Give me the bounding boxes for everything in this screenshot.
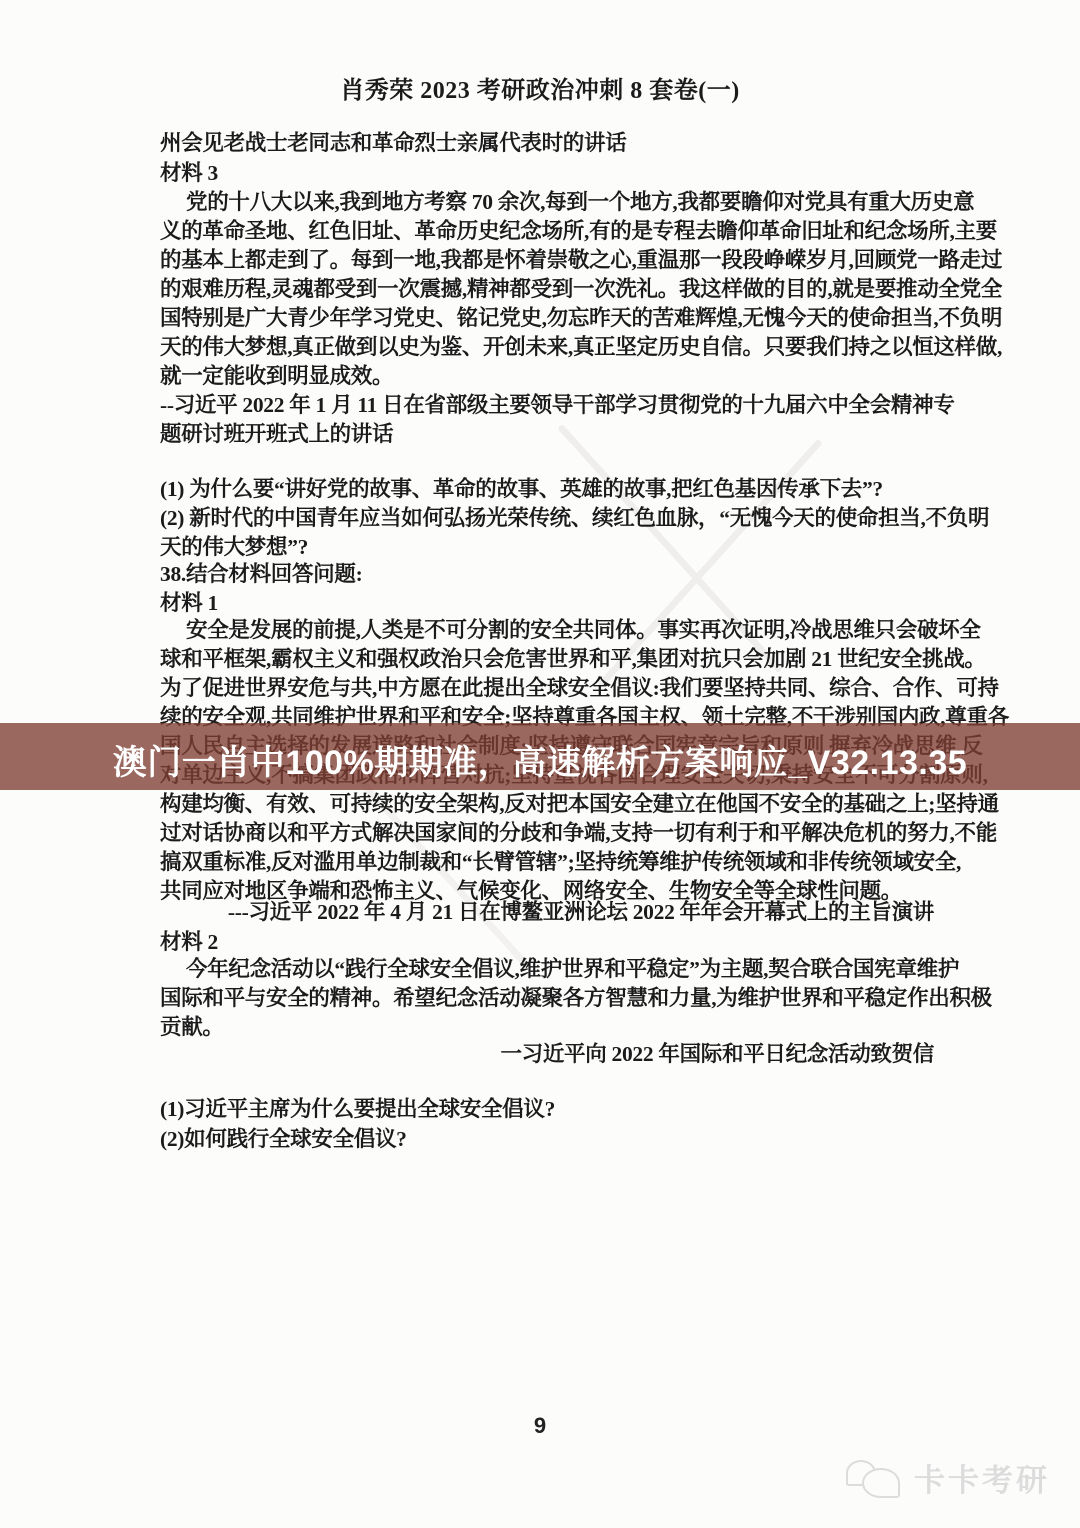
material-1-source: ---习近平 2022 年 4 月 21 日在博鳌亚洲论坛 2022 年年会开幕…: [160, 898, 934, 927]
question-38-heading: 38.结合材料回答问题:: [160, 560, 934, 589]
overlay-ad-text: 澳门一肖中100%期期准，高速解析方案响应_V32.13.35: [113, 730, 967, 784]
question-37-2-line: (2) 新时代的中国青年应当如何弘扬光荣传统、续红色血脉，“无愧今天的使命担当,…: [160, 504, 934, 533]
material-3-text-line: 党的十八大以来,我到地方考察 70 余次,每到一个地方,我都要瞻仰对党具有重大历…: [160, 188, 934, 217]
material-1-text-line: 搞双重标准,反对滥用单边制裁和“长臂管辖”;坚持统筹维护传统领域和非传统领域安全…: [160, 848, 934, 877]
material-1-text-line: 过对话协商以和平方式解决国家间的分歧和争端,支持一切有利于和平解决危机的努力,不…: [160, 819, 934, 848]
question-37-2-line: 天的伟大梦想”?: [160, 533, 934, 562]
chat-bubbles-logo-icon: [846, 1456, 902, 1500]
material-1-text-line: 构建均衡、有效、可持续的安全架构,反对把本国安全建立在他国不安全的基础之上;坚持…: [160, 790, 934, 819]
material-1-text-line: 为了促进世界安危与共,中方愿在此提出全球安全倡议:我们要坚持共同、综合、合作、可…: [160, 674, 934, 703]
question-37-1: (1) 为什么要“讲好党的故事、革命的故事、英雄的故事,把红色基因传承下去”?: [160, 475, 934, 504]
intro-line: 州会见老战士老同志和革命烈士亲属代表时的讲话: [160, 129, 934, 158]
material-3-text-line: 就一定能收到明显成效。: [160, 362, 934, 391]
question-38-2: (2)如何践行全球安全倡议?: [160, 1125, 934, 1154]
material-3-source-line: --习近平 2022 年 1 月 11 日在省部级主要领导干部学习贯彻党的十九届…: [160, 391, 934, 420]
material-3-text-line: 的基本上都走到了。每到一地,我都是怀着崇敬之心,重温那一段段峥嵘岁月,回顾党一路…: [160, 246, 934, 275]
material-1-text-line: 安全是发展的前提,人类是不可分割的安全共同体。事实再次证明,冷战思维只会破坏全: [160, 616, 934, 645]
material-2-text-line: 国际和平与安全的精神。希望纪念活动凝聚各方智慧和力量,为维护世界和平稳定作出积极: [160, 984, 934, 1013]
material-2-source: 一习近平向 2022 年国际和平日纪念活动致贺信: [160, 1040, 934, 1069]
material-3-text-line: 的艰难历程,灵魂都受到一次震撼,精神都受到一次洗礼。我这样做的目的,就是要推动全…: [160, 275, 934, 304]
material-3-text-line: 天的伟大梦想,真正做到以史为鉴、开创未来,真正坚定历史自信。只要我们持之以恒这样…: [160, 333, 934, 362]
material-3-label: 材料 3: [160, 159, 934, 188]
question-38-1: (1)习近平主席为什么要提出全球安全倡议?: [160, 1095, 934, 1124]
material-3-source-line: 题研讨班开班式上的讲话: [160, 420, 934, 449]
material-3-text-line: 国特别是广大青少年学习党史、铭记党史,勿忘昨天的苦难辉煌,无愧今天的使命担当,不…: [160, 304, 934, 333]
material-2-label: 材料 2: [160, 928, 934, 957]
material-2-text-line: 贡献。: [160, 1013, 934, 1042]
material-1-text-line: 球和平框架,霸权主义和强权政治只会危害世界和平,集团对抗只会加剧 21 世纪安全…: [160, 645, 934, 674]
material-2-text-line: 今年纪念活动以“践行全球安全倡议,维护世界和平稳定”为主题,契合联合国宪章维护: [160, 955, 934, 984]
footer-brand: 卡卡考研: [846, 1455, 1050, 1500]
material-3-text-line: 义的革命圣地、红色旧址、革命历史纪念场所,有的是专程去瞻仰革命旧址和纪念场所,主…: [160, 217, 934, 246]
document-page: 肖秀荣 2023 考研政治冲刺 8 套卷(一) 州会见老战士老同志和革命烈士亲属…: [0, 0, 1080, 1528]
material-1-label: 材料 1: [160, 589, 934, 618]
overlay-ad-banner[interactable]: 澳门一肖中100%期期准，高速解析方案响应_V32.13.35: [0, 723, 1080, 790]
footer-brand-text: 卡卡考研: [914, 1455, 1050, 1500]
